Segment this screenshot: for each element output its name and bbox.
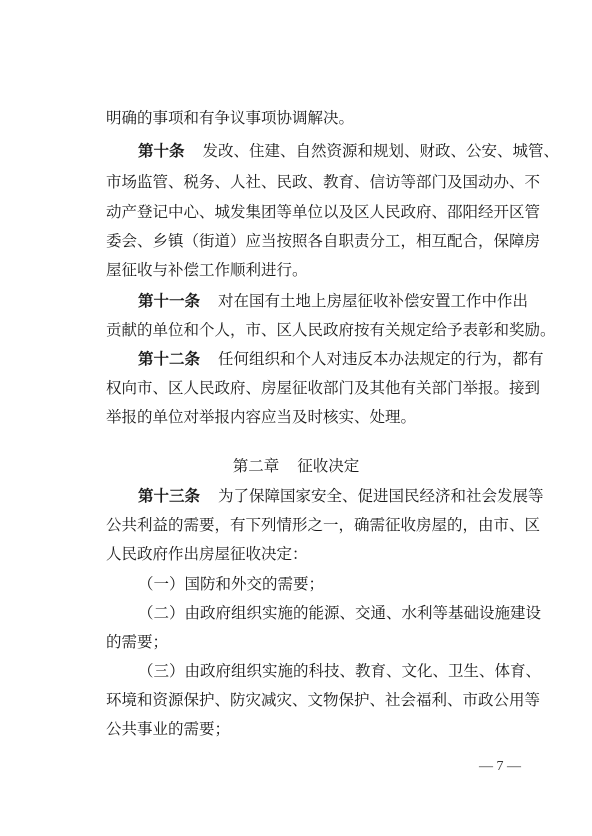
paragraph-line: 贡献的单位和个人，市、区人民政府按有关规定给予表彰和奖励。: [106, 319, 516, 341]
line-text: 发改、住建、自然资源和规划、财政、公安、城管、: [203, 142, 560, 160]
paragraph-line: 公共利益的需要，有下列情形之一，确需征收房屋的，由市、区: [106, 514, 516, 536]
line-text: （一）国防和外交的需要；: [138, 575, 324, 593]
chapter-number: 第二章: [233, 457, 280, 475]
line-text: 任何组织和个人对违反本办法规定的行为，都有: [218, 350, 544, 368]
article-10-heading-line: 第十条发改、住建、自然资源和规划、财政、公安、城管、: [138, 140, 516, 162]
page-number: — 7 —: [470, 757, 530, 777]
article-label: 第十条: [138, 142, 185, 160]
article-12-heading-line: 第十二条任何组织和个人对违反本办法规定的行为，都有: [138, 348, 516, 370]
chapter-heading: 第二章征收决定: [0, 455, 592, 477]
article-13-heading-line: 第十三条为了保障国家安全、促进国民经济和社会发展等: [138, 485, 516, 507]
list-item-1: （一）国防和外交的需要；: [138, 573, 516, 595]
paragraph-line: 人民政府作出房屋征收决定：: [106, 543, 516, 565]
paragraph-line: 的需要；: [106, 631, 516, 653]
paragraph-line: 环境和资源保护、防灾减灾、文物保护、社会福利、市政公用等: [106, 689, 516, 711]
line-text: 权向市、区人民政府、房屋征收部门及其他有关部门举报。接到: [106, 379, 540, 397]
paragraph-line: 公共事业的需要；: [106, 718, 516, 740]
paragraph-line: 动产登记中心、城发集团等单位以及区人民政府、邵阳经开区管: [106, 201, 516, 223]
chapter-title: 征收决定: [297, 457, 359, 475]
line-text: 委会、乡镇（街道）应当按照各自职责分工，相互配合，保障房: [106, 232, 540, 250]
line-text: 公共利益的需要，有下列情形之一，确需征收房屋的，由市、区: [106, 516, 540, 534]
paragraph-line: 委会、乡镇（街道）应当按照各自职责分工，相互配合，保障房: [106, 230, 516, 252]
line-text: 对在国有土地上房屋征收补偿安置工作中作出: [218, 292, 528, 310]
line-text: 环境和资源保护、防灾减灾、文物保护、社会福利、市政公用等: [106, 691, 540, 709]
list-item-2: （二）由政府组织实施的能源、交通、水利等基础设施建设: [138, 602, 516, 624]
paragraph-line: 举报的单位对举报内容应当及时核实、处理。: [106, 406, 516, 428]
line-text: 人民政府作出房屋征收决定：: [106, 545, 308, 563]
article-label: 第十三条: [138, 487, 200, 505]
line-text: （二）由政府组织实施的能源、交通、水利等基础设施建设: [138, 604, 541, 622]
article-label: 第十二条: [138, 350, 200, 368]
line-text: 举报的单位对举报内容应当及时核实、处理。: [106, 408, 416, 426]
list-item-3: （三）由政府组织实施的科技、教育、文化、卫生、体育、: [138, 660, 516, 682]
line-text: 公共事业的需要；: [106, 720, 230, 738]
line-text: 市场监管、税务、人社、民政、教育、信访等部门及国动办、不: [106, 173, 540, 191]
paragraph-line: 权向市、区人民政府、房屋征收部门及其他有关部门举报。接到: [106, 377, 516, 399]
paragraph-line: 市场监管、税务、人社、民政、教育、信访等部门及国动办、不: [106, 171, 516, 193]
line-text: 为了保障国家安全、促进国民经济和社会发展等: [218, 487, 544, 505]
line-text: 动产登记中心、城发集团等单位以及区人民政府、邵阳经开区管: [106, 203, 540, 221]
paragraph-line: 明确的事项和有争议事项协调解决。: [106, 107, 516, 129]
line-text: 的需要；: [106, 633, 168, 651]
article-11-heading-line: 第十一条对在国有土地上房屋征收补偿安置工作中作出: [138, 290, 516, 312]
line-text: （三）由政府组织实施的科技、教育、文化、卫生、体育、: [138, 662, 541, 680]
line-text: 屋征收与补偿工作顺利进行。: [106, 261, 308, 279]
paragraph-line: 屋征收与补偿工作顺利进行。: [106, 259, 516, 281]
article-label: 第十一条: [138, 292, 200, 310]
line-text: 明确的事项和有争议事项协调解决。: [106, 109, 354, 127]
document-page: 明确的事项和有争议事项协调解决。 第十条发改、住建、自然资源和规划、财政、公安、…: [0, 0, 592, 836]
line-text: 贡献的单位和个人，市、区人民政府按有关规定给予表彰和奖励。: [106, 321, 556, 339]
